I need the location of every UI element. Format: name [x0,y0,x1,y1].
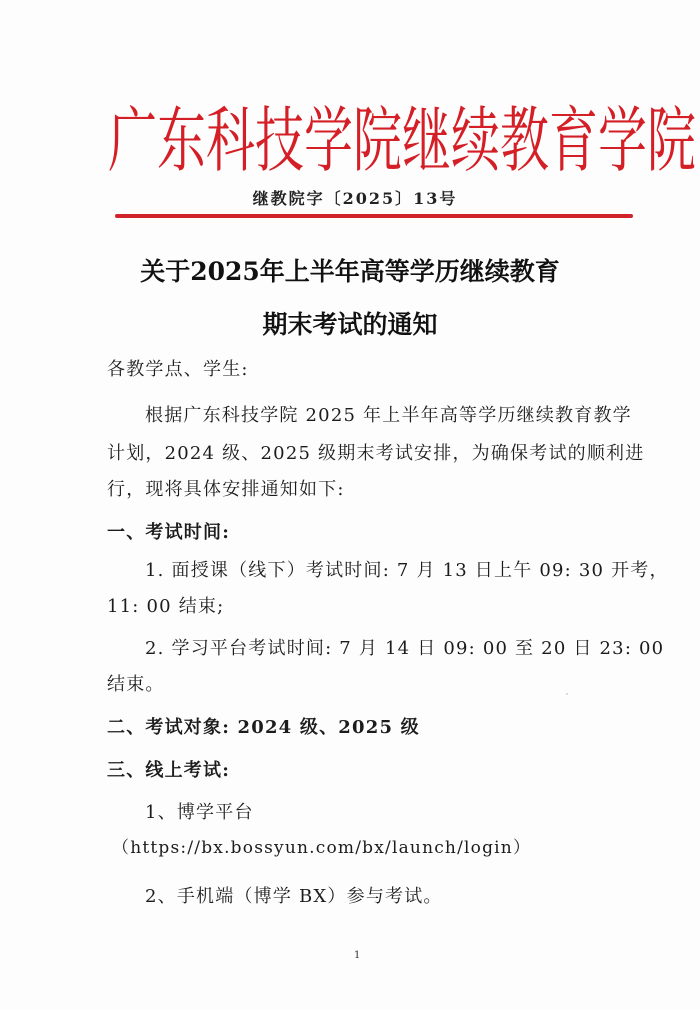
notice-title-line2: 期末考试的通知 [0,305,700,341]
document-page: 广东科技学院继续教育学院 继教院字〔2025〕13号 关于2025年上半年高等学… [0,0,700,1010]
exam-time-item1-line1: 1. 面授课（线下）考试时间: 7 月 13 日上午 09: 30 开考， [145,556,645,582]
organization-title: 广东科技学院继续教育学院 [108,84,613,200]
intro-paragraph-line2: 计划，2024 级、2025 级期末考试安排，为确保考试的顺利进 [107,439,607,465]
notice-title-line1: 关于2025年上半年高等学历继续教育 [0,252,700,288]
exam-time-item1-line2: 11: 00 结束; [107,592,607,618]
exam-time-item2-line1: 2. 学习平台考试时间: 7 月 14 日 09: 00 至 20 日 23: … [145,634,645,660]
scan-speck [566,693,568,695]
intro-paragraph-line1: 根据广东科技学院 2025 年上半年高等学历继续教育教学 [145,401,645,427]
section-heading-online-exam: 三、线上考试: [107,756,607,782]
red-divider-rule [115,214,633,218]
online-exam-item2: 2、手机端（博学 BX）参与考试。 [145,882,645,908]
intro-paragraph-line3: 行，现将具体安排通知如下: [107,475,607,501]
online-exam-item1-line1: 1、博学平台 [145,798,645,824]
exam-time-item2-line2: 结束。 [107,670,607,696]
page-number: 1 [354,950,360,961]
section-heading-exam-time: 一、考试时间: [107,518,607,544]
section-heading-exam-targets: 二、考试对象: 2024 级、2025 级 [107,713,607,739]
salutation: 各教学点、学生: [107,355,607,381]
document-number: 继教院字〔2025〕13号 [0,186,700,209]
platform-url-link[interactable]: （https://bx.bossyun.com/bx/launch/login） [112,833,612,858]
